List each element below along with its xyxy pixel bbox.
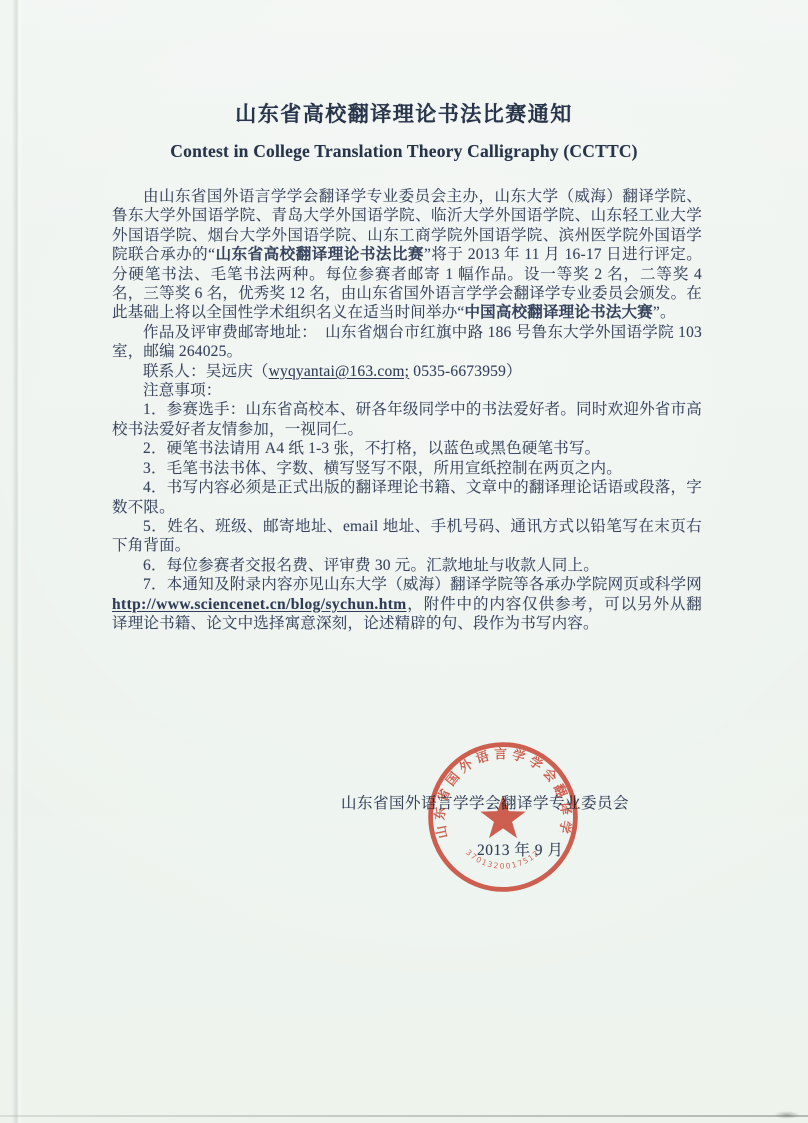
scan-left-edge	[12, 0, 22, 1123]
note-item-4: 4．书写内容必须是正式出版的翻译理论书籍、文章中的翻译理论话语或段落，字数不限。	[112, 478, 702, 517]
note-item-1: 1．参赛选手：山东省高校本、研各年级同学中的书法爱好者。同时欢迎外省市高校书法爱…	[112, 400, 702, 439]
contact-prefix: 联系人：吴远庆（	[143, 363, 269, 380]
page-subtitle: Contest in College Translation Theory Ca…	[0, 141, 808, 162]
note-item-7: 7．本通知及附录内容亦见山东大学（威海）翻译学院等各承办学院网页或科学网 htt…	[112, 575, 702, 633]
sciencenet-url-link[interactable]: http://www.sciencenet.cn/blog/sychun.htm	[112, 596, 407, 613]
note-7-prefix: 7．本通知及附录内容亦见山东大学（威海）翻译学院等各承办学院网页或科学网	[143, 576, 733, 593]
notes-heading: 注意事项：	[112, 381, 702, 400]
contest-name: 山东省高校翻译理论书法比赛	[215, 246, 424, 263]
note-item-6: 6．每位参赛者交报名费、评审费 30 元。汇款地址与收款人同上。	[112, 556, 702, 575]
note-item-2: 2．硬笔书法请用 A4 纸 1-3 张，不打格，以蓝色或黑色硬笔书写。	[112, 439, 702, 458]
note-item-5: 5．姓名、班级、邮寄地址、email 地址、手机号码、通讯方式以铅笔写在末页右下…	[112, 517, 702, 556]
intro-paragraph: 由山东省国外语言学学会翻译学专业委员会主办，山东大学（威海）翻译学院、鲁东大学外…	[112, 187, 702, 323]
official-seal: 山东省国外语言学学会翻译学专业委员会 3701320017512	[422, 736, 584, 898]
national-contest-name: 中国高校翻译理论书法大赛	[464, 304, 652, 321]
page-title: 山东省高校翻译理论书法比赛通知	[0, 98, 808, 128]
scan-bottom-edge	[0, 1115, 808, 1117]
intro-part3: ”。	[653, 304, 676, 321]
seal-serial-text: 3701320017512	[464, 848, 542, 871]
notice-body: 由山东省国外语言学学会翻译学专业委员会主办，山东大学（威海）翻译学院、鲁东大学外…	[112, 187, 702, 633]
contact-suffix: 0535-6673959）	[409, 363, 522, 380]
mailing-address-line: 作品及评审费邮寄地址： 山东省烟台市红旗中路 186 号鲁东大学外国语学院 10…	[112, 323, 702, 362]
scan-corner-smudge	[774, 1111, 800, 1119]
contact-line: 联系人：吴远庆（wyqyantai@163.com; 0535-6673959）	[112, 362, 702, 381]
document-page: 山东省高校翻译理论书法比赛通知 Contest in College Trans…	[0, 0, 808, 1123]
contact-email-link[interactable]: wyqyantai@163.com;	[269, 363, 410, 380]
note-item-3: 3．毛笔书法书体、字数、横写竖写不限，所用宣纸控制在两页之内。	[112, 459, 702, 478]
seal-star-icon	[480, 795, 525, 838]
